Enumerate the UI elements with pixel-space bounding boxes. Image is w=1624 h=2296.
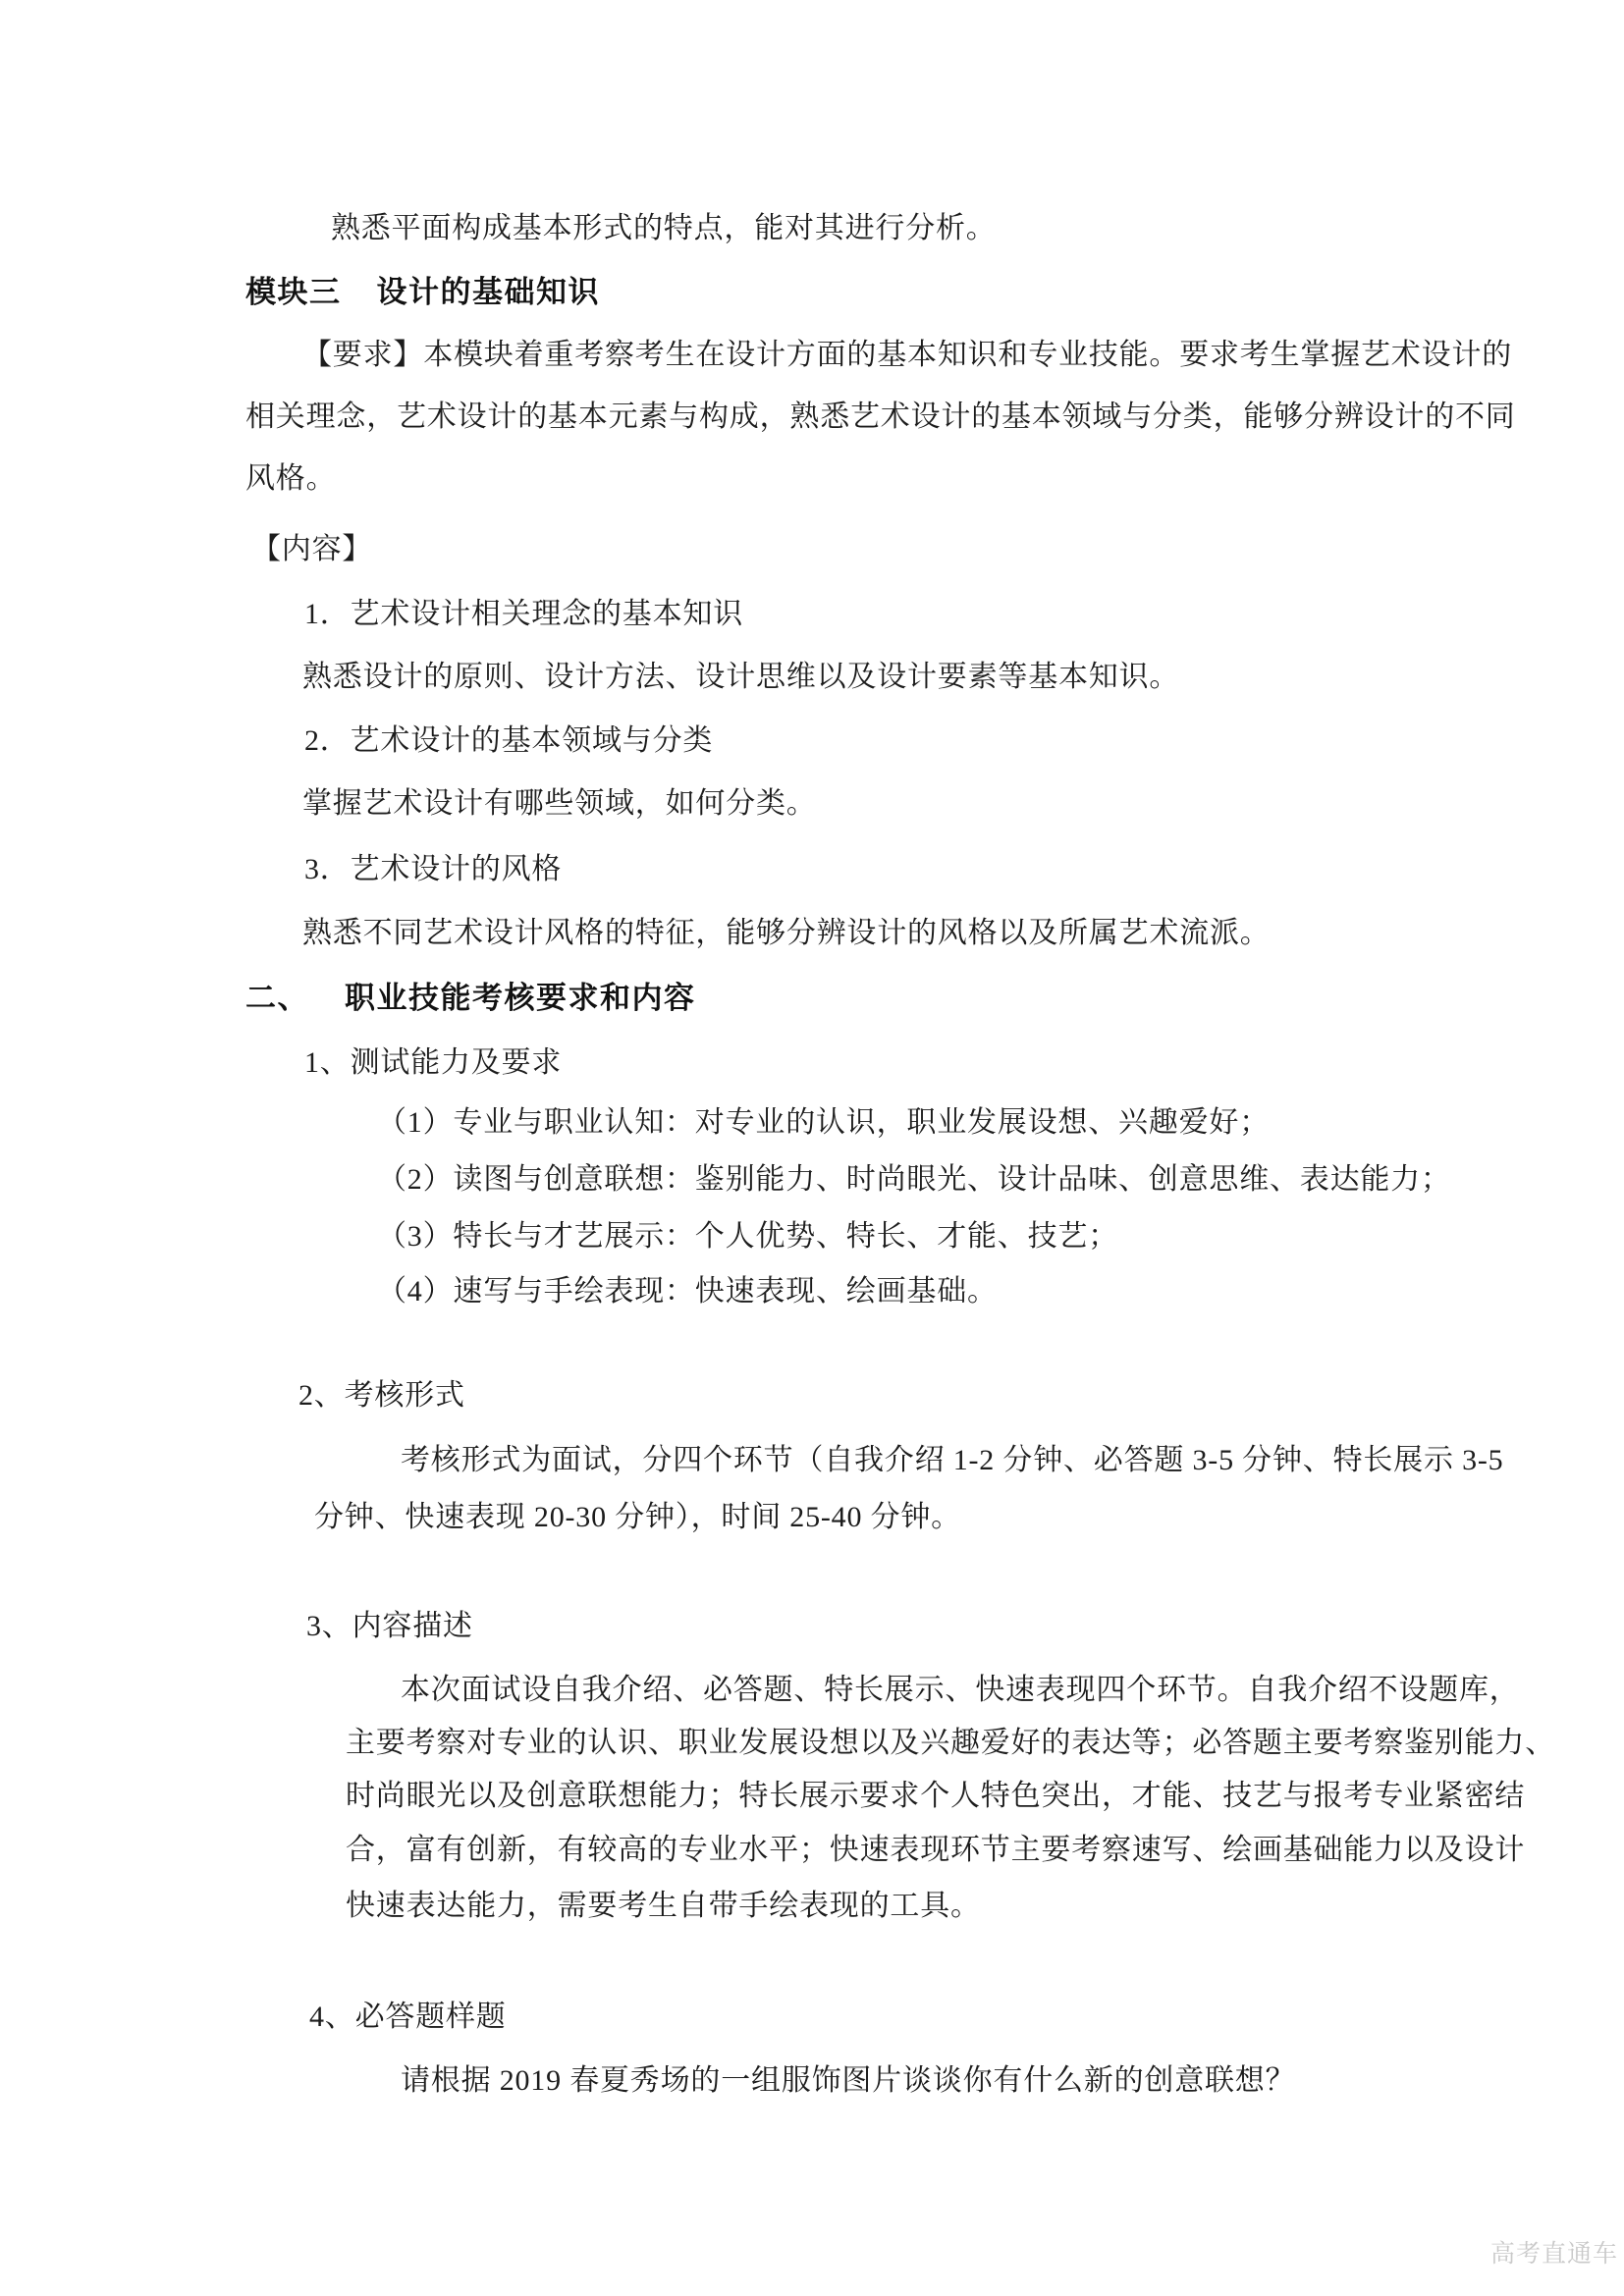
list-item: 2．艺术设计的基本领域与分类 [304, 726, 713, 756]
list-item: 3、内容描述 [306, 1612, 473, 1641]
paragraph-line: 分钟、快速表现 20-30 分钟），时间 25-40 分钟。 [314, 1503, 961, 1532]
section-heading-title: 职业技能考核要求和内容 [345, 981, 696, 1015]
requirement-paragraph-line: 【要求】本模块着重考察考生在设计方面的基本知识和专业技能。要求考生掌握艺术设计的 [302, 341, 1512, 370]
list-item-note: 熟悉不同艺术设计风格的特征，能够分辨设计的风格以及所属艺术流派。 [302, 919, 1271, 948]
paragraph-line: 时尚眼光以及创意联想能力；特长展示要求个人特色突出，才能、技艺与报考专业紧密结 [346, 1782, 1525, 1811]
paragraph-line: 主要考察对专业的认识、职业发展设想以及兴趣爱好的表达等；必答题主要考察鉴别能力、 [346, 1729, 1555, 1758]
requirement-paragraph-line: 相关理念，艺术设计的基本元素与构成，熟悉艺术设计的基本领域与分类，能够分辨设计的… [245, 402, 1516, 432]
sample-question: 请根据 2019 春夏秀场的一组服饰图片谈谈你有什么新的创意联想？ [401, 2066, 1295, 2096]
list-item: 3．艺术设计的风格 [304, 855, 562, 884]
paragraph-line: 本次面试设自我介绍、必答题、特长展示、快速表现四个环节。自我介绍不设题库， [401, 1676, 1520, 1705]
watermark: 高考直通车 [1490, 2242, 1618, 2267]
document-page: 熟悉平面构成基本形式的特点，能对其进行分析。 模块三设计的基础知识 【要求】本模… [0, 0, 1624, 2296]
list-item-note: 掌握艺术设计有哪些领域，如何分类。 [302, 789, 817, 819]
list-item-note: 熟悉设计的原则、设计方法、设计思维以及设计要素等基本知识。 [302, 663, 1179, 692]
section-heading-number: 二、 [245, 981, 309, 1015]
paragraph-line: 熟悉平面构成基本形式的特点，能对其进行分析。 [331, 214, 997, 243]
content-label: 【内容】 [251, 535, 372, 564]
paragraph-line: 快速表达能力，需要考生自带手绘表现的工具。 [346, 1892, 981, 1921]
list-item: 1、测试能力及要求 [304, 1048, 562, 1078]
section-heading: 二、职业技能考核要求和内容 [245, 983, 696, 1013]
list-item: 4、必答题样题 [309, 2002, 507, 2032]
module-heading: 模块三设计的基础知识 [245, 277, 600, 307]
paragraph-line: 合，富有创新，有较高的专业水平；快速表现环节主要考察速写、绘画基础能力以及设计 [346, 1836, 1525, 1865]
list-item: 1．艺术设计相关理念的基本知识 [304, 600, 743, 629]
sub-list-item: （1）专业与职业认知：对专业的认识，职业发展设想、兴趣爱好； [377, 1108, 1270, 1138]
module-heading-label: 模块三 [245, 275, 342, 309]
requirement-paragraph-line: 风格。 [245, 464, 336, 494]
list-item: 2、考核形式 [298, 1381, 465, 1411]
sub-list-item: （2）读图与创意联想：鉴别能力、时尚眼光、设计品味、创意思维、表达能力； [377, 1165, 1451, 1195]
sub-list-item: （4）速写与手绘表现：快速表现、绘画基础。 [377, 1277, 998, 1307]
module-heading-title: 设计的基础知识 [377, 275, 601, 309]
sub-list-item: （3）特长与才艺展示：个人优势、特长、才能、技艺； [377, 1222, 1118, 1252]
paragraph-line: 考核形式为面试，分四个环节（自我介绍 1-2 分钟、必答题 3-5 分钟、特长展… [401, 1446, 1503, 1475]
